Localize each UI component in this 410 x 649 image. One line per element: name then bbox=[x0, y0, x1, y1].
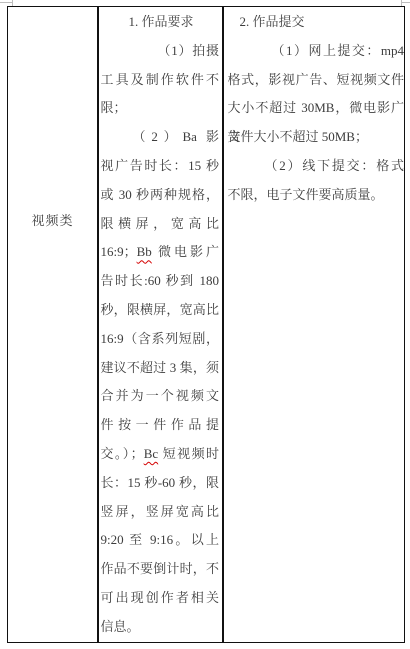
text-segment: 长：15 秒-60 秒，限 bbox=[101, 475, 220, 490]
crop-artifact-top-right-horizontal bbox=[401, 2, 410, 3]
text-segment: 可出现创作者相关 bbox=[101, 590, 220, 605]
text-segment: 限； bbox=[101, 100, 127, 115]
category-label: 视频类 bbox=[8, 210, 97, 229]
text-segment: 16:9； bbox=[101, 244, 137, 259]
text-line: 建议不超过 3 集，须 bbox=[101, 354, 220, 383]
text-segment: 16:9（含系列短剧， bbox=[101, 331, 220, 346]
text-line: 可出现创作者相关 bbox=[101, 584, 220, 613]
text-segment: 或 30 秒两种规格， bbox=[101, 187, 220, 202]
text-segment: 不限，电子文件要高质量。 bbox=[228, 187, 384, 202]
text-line: （2）Ba 影 bbox=[101, 123, 220, 152]
text-line: 不限，电子文件要高质量。 bbox=[228, 181, 405, 210]
text-line: 大小不超过 30MB，微电影广告 bbox=[228, 94, 405, 123]
text-line: 文件大小不超过 50MB； bbox=[228, 123, 405, 152]
text-segment: 视广告时长：15 秒 bbox=[101, 158, 220, 173]
cell-work-requirements: 1. 作品要求（1）拍摄工具及制作软件不限；（2）Ba 影视广告时长：15 秒或… bbox=[99, 7, 223, 642]
spell-check-flagged-text: Bb bbox=[137, 244, 152, 259]
text-segment: 1. 作品要求 bbox=[129, 14, 194, 29]
cell-work-submission: 2. 作品提交（1）网上提交：mp4格式，影视广告、短视频文件大小不超过 30M… bbox=[224, 7, 405, 642]
text-segment: 限横屏，宽高比 bbox=[101, 216, 220, 231]
text-line: 视广告时长：15 秒 bbox=[101, 152, 220, 181]
text-line: 作品不要倒计时，不 bbox=[101, 555, 220, 584]
text-segment: 合并为一个视频文 bbox=[101, 388, 220, 403]
text-line: 2. 作品提交 bbox=[228, 8, 405, 37]
text-segment: 短视频时 bbox=[158, 446, 219, 461]
text-line: 限横屏，宽高比 bbox=[101, 210, 220, 239]
text-segment: 交。）； bbox=[101, 446, 144, 461]
text-line: 告时长:60 秒到 180 bbox=[101, 267, 220, 296]
text-segment: 信息。 bbox=[101, 619, 140, 634]
text-segment: 2. 作品提交 bbox=[240, 14, 305, 29]
text-line: 16:9；Bb 微电影广 bbox=[101, 238, 220, 267]
text-segment: 秒，限横屏，宽高比 bbox=[101, 302, 220, 317]
category-table: 视频类 1. 作品要求（1）拍摄工具及制作软件不限；（2）Ba 影视广告时长：1… bbox=[7, 6, 405, 643]
spell-check-flagged-text: Bc bbox=[144, 446, 158, 461]
text-segment: 件按一件作品提 bbox=[101, 417, 220, 432]
text-segment: （2）线下提交：格式 bbox=[265, 158, 405, 173]
text-segment: 微电影广 bbox=[152, 244, 219, 259]
text-line: 限； bbox=[101, 94, 220, 123]
text-line: 工具及制作软件不 bbox=[101, 66, 220, 95]
cell-category: 视频类 bbox=[8, 7, 97, 642]
text-line: （1）拍摄 bbox=[101, 37, 220, 66]
text-line: 合并为一个视频文 bbox=[101, 382, 220, 411]
text-line: 1. 作品要求 bbox=[101, 8, 220, 37]
text-line: 或 30 秒两种规格， bbox=[101, 181, 220, 210]
text-line: 9:20 至 9:16。以上 bbox=[101, 526, 220, 555]
text-segment: 告时长:60 秒到 180 bbox=[101, 273, 220, 288]
text-line: 交。）；Bc 短视频时 bbox=[101, 440, 220, 469]
text-segment: 建议不超过 3 集，须 bbox=[101, 360, 220, 375]
text-segment: （1）网上提交：mp4 bbox=[272, 43, 405, 58]
text-segment: 竖屏，竖屏宽高比 bbox=[101, 504, 220, 519]
text-line: 格式，影视广告、短视频文件 bbox=[228, 66, 405, 95]
text-segment: 9:20 至 9:16。以上 bbox=[101, 532, 220, 547]
text-line: 16:9（含系列短剧， bbox=[101, 325, 220, 354]
text-line: 件按一件作品提 bbox=[101, 411, 220, 440]
text-segment: （2）Ba 影 bbox=[133, 129, 220, 144]
text-line: 秒，限横屏，宽高比 bbox=[101, 296, 220, 325]
text-segment: 作品不要倒计时，不 bbox=[101, 561, 220, 576]
text-line: （1）网上提交：mp4 bbox=[228, 37, 405, 66]
text-line: 信息。 bbox=[101, 613, 220, 642]
text-line: 长：15 秒-60 秒，限 bbox=[101, 469, 220, 498]
text-segment: 文件大小不超过 50MB； bbox=[228, 129, 368, 144]
document-page: 视频类 1. 作品要求（1）拍摄工具及制作软件不限；（2）Ba 影视广告时长：1… bbox=[0, 0, 410, 649]
text-line: （2）线下提交：格式 bbox=[228, 152, 405, 181]
text-segment: 格式，影视广告、短视频文件 bbox=[228, 72, 405, 87]
text-segment: 工具及制作软件不 bbox=[101, 72, 220, 87]
text-line: 竖屏，竖屏宽高比 bbox=[101, 498, 220, 527]
text-segment: （1）拍摄 bbox=[158, 43, 220, 58]
